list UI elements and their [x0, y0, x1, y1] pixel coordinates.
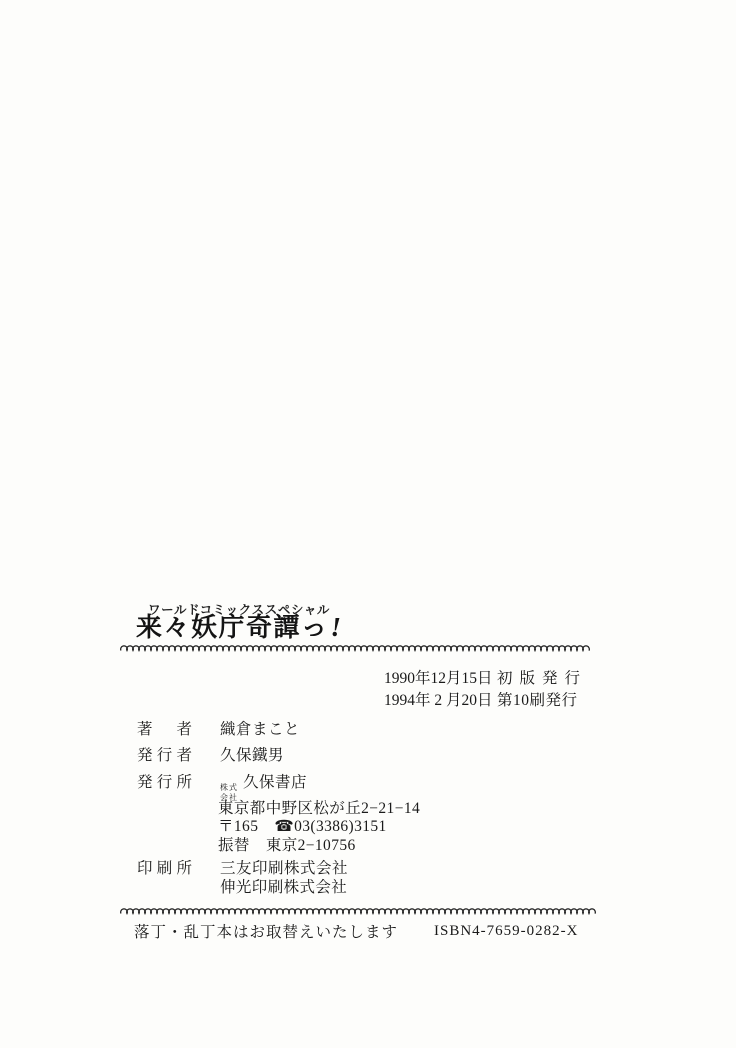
book-title-exclamation: !: [331, 612, 343, 642]
colophon-page: ワールドコミックススペシャル 来々妖庁奇譚っ! 1990年12月15日 初版発行…: [0, 0, 736, 1048]
book-title: 来々妖庁奇譚っ!: [136, 612, 343, 644]
author-name: 織倉まこと: [220, 717, 300, 739]
first-edition-label: 初版発行: [497, 666, 587, 688]
tenth-printing-line: 1994年 2 月20日 第10刷発行: [384, 688, 578, 710]
author-label: 著 者: [137, 717, 192, 739]
printer-name-2: 伸光印刷株式会社: [220, 875, 347, 897]
publisher-name: 久保鐵男: [220, 743, 284, 765]
tenth-printing-date: 1994年 2 月20日: [384, 688, 497, 710]
publishing-office-name-text: 久保書店: [243, 774, 307, 791]
corporation-prefix-top: 株式: [220, 783, 238, 793]
book-title-text: 来々妖庁奇譚っ: [136, 613, 329, 642]
publisher-label: 発行者: [137, 743, 192, 765]
replacement-notice: 落丁・乱丁本はお取替えいたします: [134, 920, 398, 942]
printer-label: 印刷所: [137, 856, 192, 878]
decorative-wave-divider-top: [119, 644, 590, 654]
tenth-printing-label: 第10刷発行: [497, 688, 578, 710]
publishing-office-label: 発行所: [137, 770, 192, 792]
postal-transfer-line: 振替東京2−10756: [218, 833, 356, 855]
decorative-wave-divider-bottom: [119, 907, 599, 917]
first-edition-date: 1990年12月15日: [384, 666, 497, 688]
isbn-number: ISBN4-7659-0282-X: [434, 923, 579, 940]
transfer-account: 東京2−10756: [266, 837, 356, 854]
transfer-label: 振替: [218, 837, 250, 854]
first-edition-line: 1990年12月15日 初版発行: [384, 666, 587, 688]
